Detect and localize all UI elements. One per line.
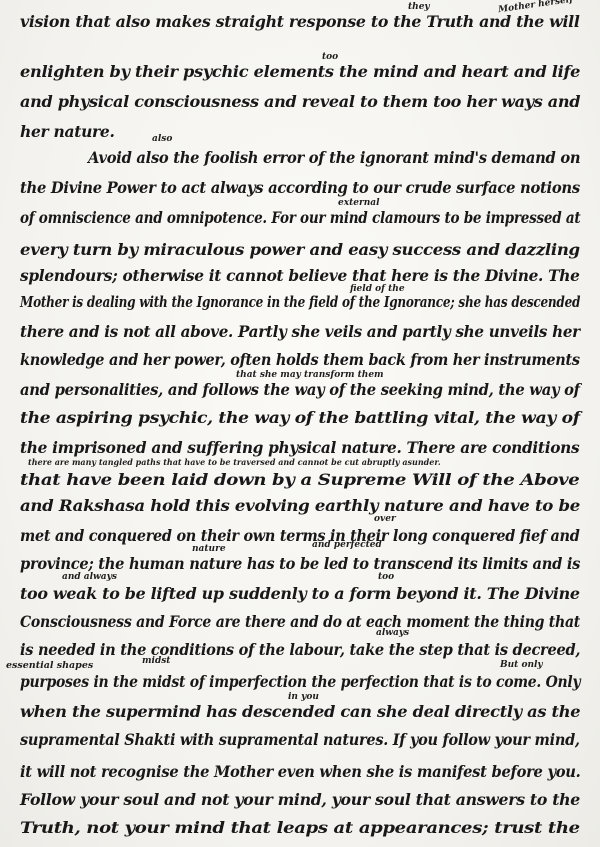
insertion-midst: midst bbox=[142, 656, 170, 666]
manuscript-line: Mother is dealing with the Ignorance in … bbox=[20, 294, 580, 311]
manuscript-line: enlighten by their psychic elements the … bbox=[20, 62, 580, 81]
margin-note-essential-shapes: essential shapes bbox=[6, 660, 93, 671]
manuscript-line: that have been laid down by a Supreme Wi… bbox=[20, 470, 579, 489]
manuscript-line: her nature. bbox=[20, 122, 115, 141]
insertion-that-she-may-transform: that she may transform them bbox=[236, 370, 384, 380]
manuscript-line: met and conquered on their own terms in … bbox=[20, 526, 580, 545]
manuscript-line: purposes in the midst of imperfection th… bbox=[20, 672, 580, 691]
insertion-but-only: But only bbox=[500, 660, 543, 670]
manuscript-line: too weak to be lifted up suddenly to a f… bbox=[20, 584, 580, 603]
insertion-in-you: in you bbox=[288, 692, 319, 702]
manuscript-line: Follow your soul and not your mind, your… bbox=[20, 790, 580, 809]
insertion-always: always bbox=[376, 628, 409, 638]
manuscript-line: Consciousness and Force are there and do… bbox=[20, 612, 580, 631]
manuscript-line: splendours; otherwise it cannot believe … bbox=[20, 266, 580, 285]
manuscript-line: and personalities, and follows the way o… bbox=[20, 380, 580, 399]
manuscript-line: province; the human nature has to be led… bbox=[20, 554, 580, 573]
manuscript-line: of omniscience and omnipotence. For our … bbox=[20, 208, 580, 227]
insertion-over: over bbox=[374, 514, 396, 524]
manuscript-line: Avoid also the foolish error of the igno… bbox=[88, 148, 580, 167]
manuscript-line: every turn by miraculous power and easy … bbox=[20, 240, 580, 259]
manuscript-page: they Mother herself vision that also mak… bbox=[0, 0, 600, 847]
insertion-and-perfected: and perfected bbox=[312, 540, 382, 550]
insertion-they: they bbox=[408, 2, 430, 12]
manuscript-line: the aspiring psychic, the way of the bat… bbox=[20, 408, 580, 427]
insertion-field-of-the: field of the bbox=[350, 284, 405, 294]
insertion-too: too bbox=[322, 52, 338, 62]
insertion-also: also bbox=[152, 134, 172, 144]
manuscript-line: there and is not all above. Partly she v… bbox=[20, 322, 580, 341]
manuscript-line: knowledge and her power, often holds the… bbox=[20, 350, 580, 369]
manuscript-line: is needed in the conditions of the labou… bbox=[20, 640, 580, 659]
manuscript-line: when the supermind has descended can she… bbox=[20, 702, 580, 721]
insertion-too-2: too bbox=[378, 572, 394, 582]
insertion-nature: nature bbox=[192, 544, 226, 554]
insertion-external: external bbox=[338, 198, 380, 208]
manuscript-line: vision that also makes straight response… bbox=[20, 12, 580, 31]
insertion-tangled-paths: there are many tangled paths that have t… bbox=[28, 457, 441, 467]
manuscript-line: supramental Shakti with supramental natu… bbox=[20, 730, 580, 749]
manuscript-line: and Rakshasa hold this evolving earthly … bbox=[20, 496, 580, 515]
manuscript-line: Truth, not your mind that leaps at appea… bbox=[20, 818, 580, 837]
manuscript-line: the Divine Power to act always according… bbox=[20, 178, 580, 197]
manuscript-line: and physical consciousness and reveal to… bbox=[20, 92, 580, 111]
manuscript-line: it will not recognise the Mother even wh… bbox=[20, 762, 580, 781]
manuscript-line: the imprisoned and suffering physical na… bbox=[20, 438, 579, 457]
insertion-and-always: and always bbox=[62, 572, 117, 582]
